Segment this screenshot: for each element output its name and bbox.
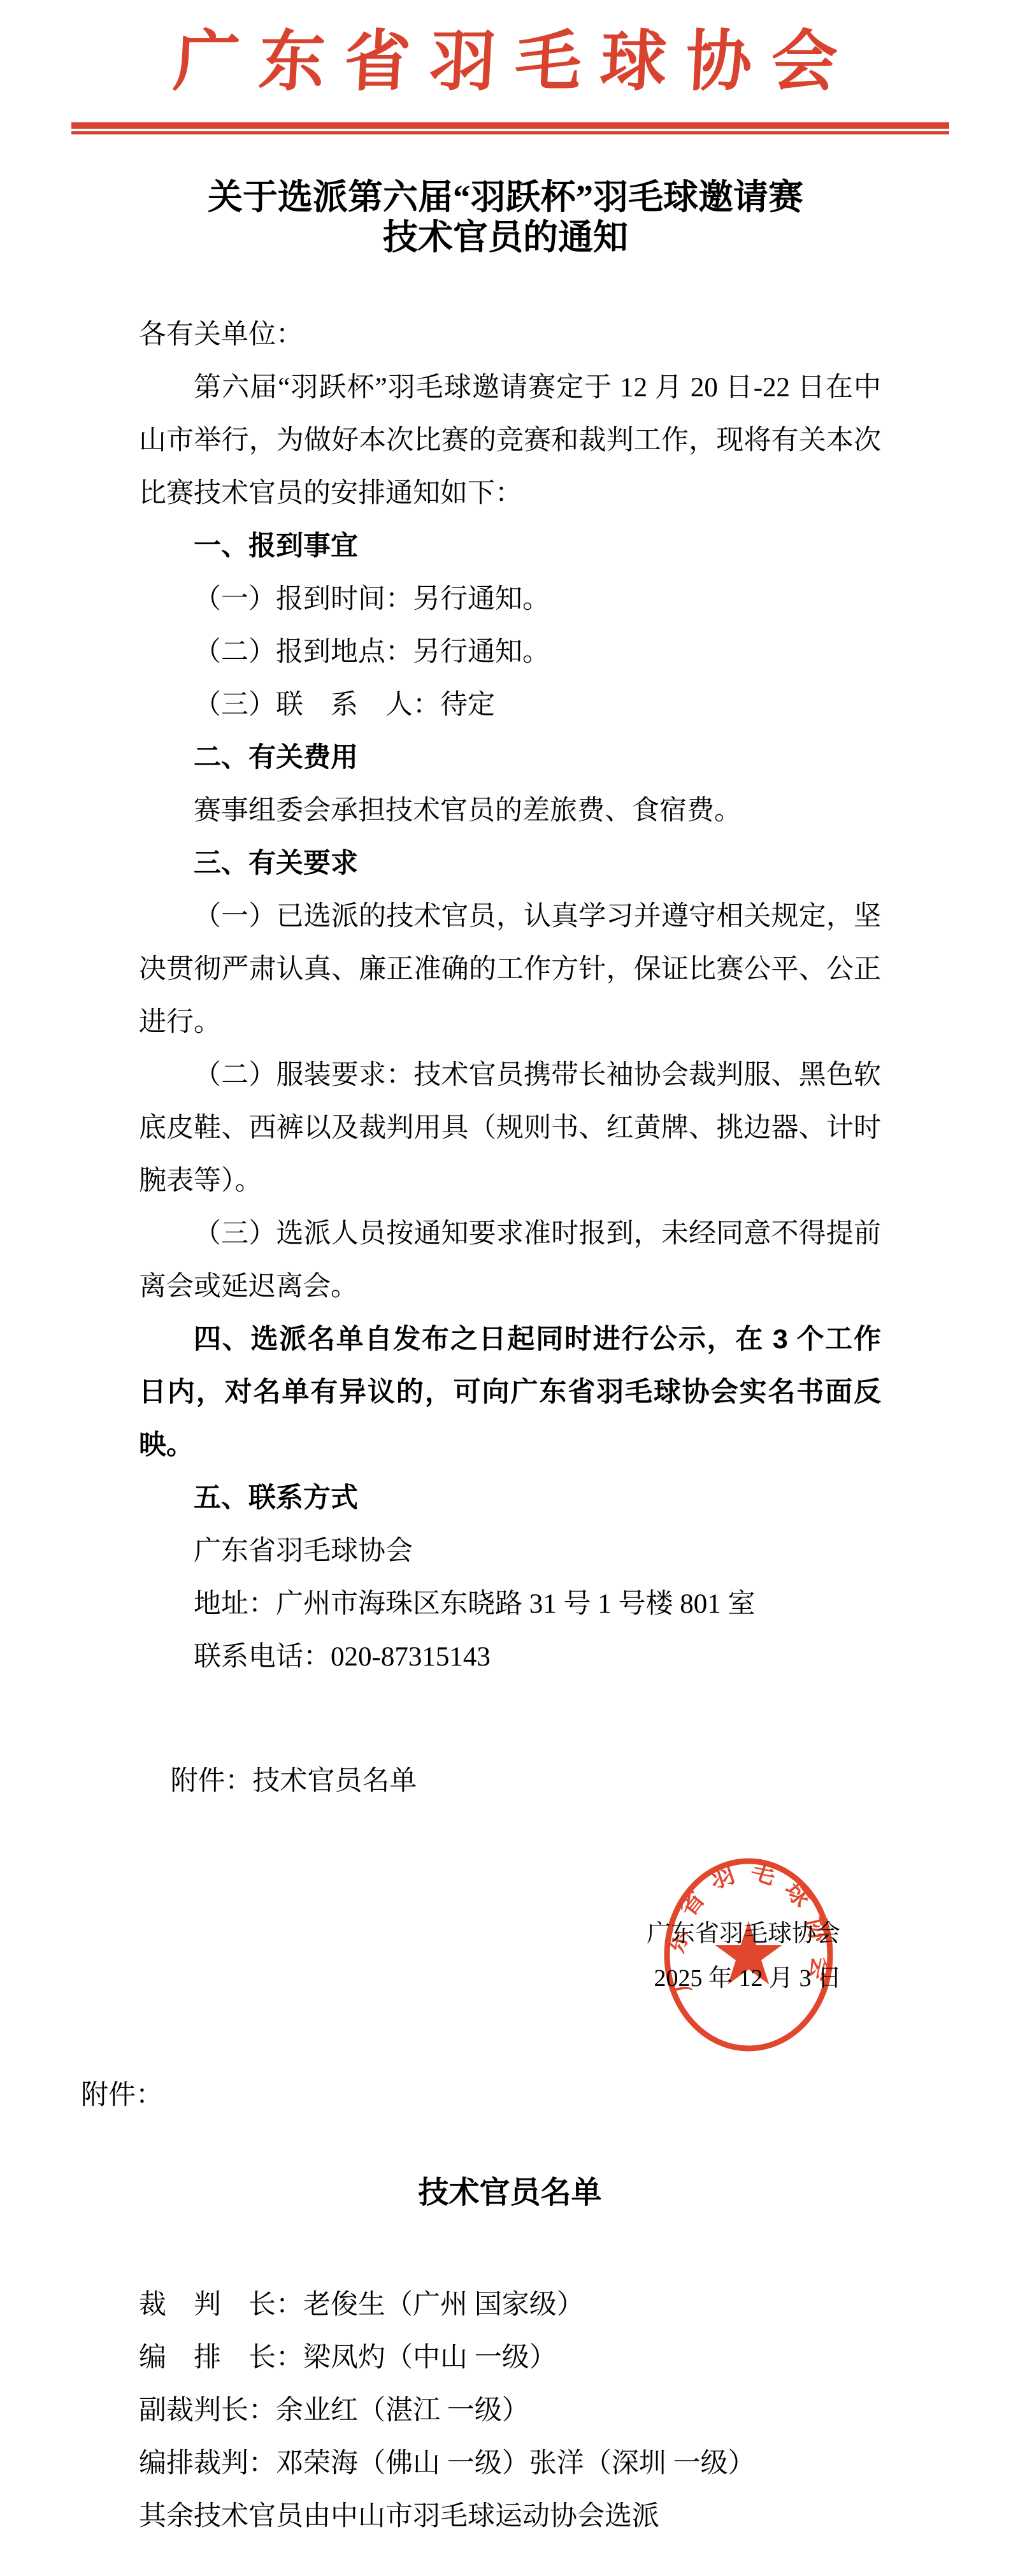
section-heading-1: 一、报到事宜 [139, 520, 881, 573]
attachment-note: 附件：技术官员名单 [139, 1755, 881, 1808]
report-time-item: （一）报到时间：另行通知。 [139, 573, 881, 626]
document-title-line1: 关于选派第六届“羽跃杯”羽毛球邀请赛 [0, 177, 1011, 217]
official-seal: 广东省羽毛球协会 [659, 1853, 838, 2057]
requirement-1: （一）已选派的技术官员，认真学习并遵守相关规定，坚决贯彻严肃认真、廉正准确的工作… [139, 890, 881, 1049]
contact-address-line: 地址：广州市海珠区东晓路 31 号 1 号楼 801 室 [139, 1578, 881, 1630]
report-place-item: （二）报到地点：另行通知。 [139, 626, 881, 679]
signature-date: 2025 年 12 月 3 日 [654, 1964, 842, 1993]
intro-paragraph: 第六届“羽跃杯”羽毛球邀请赛定于 12 月 20 日-22 日在中山市举行，为做… [139, 361, 881, 520]
salutation: 各有关单位： [139, 308, 881, 361]
document-body: 各有关单位： 第六届“羽跃杯”羽毛球邀请赛定于 12 月 20 日-22 日在中… [139, 308, 881, 1808]
roster-deputy-referee-chief: 副裁判长：余业红（湛江 一级） [139, 2384, 967, 2437]
contact-org-line: 广东省羽毛球协会 [139, 1525, 881, 1578]
contact-person-item: （三）联 系 人：待定 [139, 679, 881, 731]
signature-org: 广东省羽毛球协会 [647, 1919, 840, 1948]
roster-scheduling-judges: 编排裁判：邓荣海（佛山 一级）张洋（深圳 一级） [139, 2437, 967, 2490]
section-heading-3: 三、有关要求 [139, 837, 881, 890]
section-heading-2: 二、有关费用 [139, 731, 881, 784]
contact-phone-line: 联系电话：020-87315143 [139, 1630, 881, 1683]
requirement-2: （二）服装要求：技术官员携带长袖协会裁判服、黑色软底皮鞋、西裤以及裁判用具（规则… [139, 1049, 881, 1207]
officials-roster: 裁 判 长：老俊生（广州 国家级） 编 排 长：梁凤灼（中山 一级） 副裁判长：… [139, 2278, 967, 2543]
roster-scheduling-chief: 编 排 长：梁凤灼（中山 一级） [139, 2331, 967, 2384]
fee-paragraph: 赛事组委会承担技术官员的差旅费、食宿费。 [139, 784, 881, 837]
section-4-paragraph: 四、选派名单自发布之日起同时进行公示，在 3 个工作日内，对名单有异议的，可向广… [139, 1313, 881, 1472]
roster-other-officials: 其余技术官员由中山市羽毛球运动协会选派 [139, 2490, 967, 2543]
attachment-label: 附件： [81, 2079, 163, 2112]
attachment-title: 技术官员名单 [139, 2175, 881, 2212]
letterhead-rule-thick [71, 122, 949, 129]
roster-referee-chief: 裁 判 长：老俊生（广州 国家级） [139, 2278, 967, 2331]
notice-document-page: 广东省羽毛球协会 关于选派第六届“羽跃杯”羽毛球邀请赛 技术官员的通知 各有关单… [0, 0, 1011, 2576]
document-title: 关于选派第六届“羽跃杯”羽毛球邀请赛 技术官员的通知 [0, 177, 1011, 257]
letterhead-org-name: 广东省羽毛球协会 [0, 0, 1011, 121]
document-title-line2: 技术官员的通知 [0, 217, 1011, 257]
requirement-3: （三）选派人员按通知要求准时报到，未经同意不得提前离会或延迟离会。 [139, 1207, 881, 1313]
section-heading-5: 五、联系方式 [139, 1472, 881, 1525]
letterhead-rule-thin [71, 131, 949, 134]
